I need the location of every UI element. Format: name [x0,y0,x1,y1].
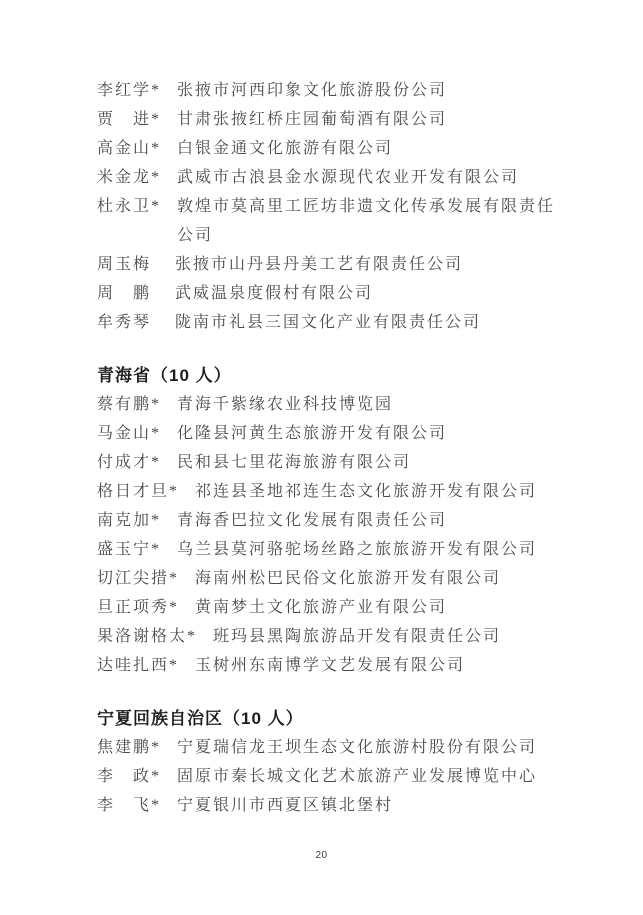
roster-row: 付成才* 民和县七里花海旅游有限公司 [97,448,557,477]
company-name: 武威温泉度假村有限公司 [175,279,557,308]
roster-row: 蔡有鹏* 青海千紫缘农业科技博览园 [97,390,557,419]
company-name: 敦煌市莫高里工匠坊非遗文化传承发展有限责任公司 [177,192,557,250]
person-name: 盛玉宁* [97,535,161,564]
roster-row: 周玉梅 张掖市山丹县丹美工艺有限责任公司 [97,250,557,279]
page-number: 20 [315,850,327,861]
roster-row: 杜永卫* 敦煌市莫高里工匠坊非遗文化传承发展有限责任公司 [97,192,557,250]
person-name: 果洛谢格太* [97,622,197,651]
roster-row: 南克加* 青海香巴拉文化发展有限责任公司 [97,506,557,535]
company-name: 化隆县河黄生态旅游开发有限公司 [177,419,557,448]
section-rows: 李红学* 张掖市河西印象文化旅游股份公司 贾 进* 甘肃张掖红桥庄园葡萄酒有限公… [97,76,557,337]
roster-row: 达哇扎西* 玉树州东南博学文艺发展有限公司 [97,651,557,680]
province-section: 李红学* 张掖市河西印象文化旅游股份公司 贾 进* 甘肃张掖红桥庄园葡萄酒有限公… [97,76,557,337]
roster-row: 马金山* 化隆县河黄生态旅游开发有限公司 [97,419,557,448]
document-page: 李红学* 张掖市河西印象文化旅游股份公司 贾 进* 甘肃张掖红桥庄园葡萄酒有限公… [0,0,643,915]
province-section: 宁夏回族自治区（10 人） 焦建鹏* 宁夏瑞信龙王坝生态文化旅游村股份有限公司 … [97,704,557,820]
person-name: 李 政* [97,762,161,791]
roster-list: 李红学* 张掖市河西印象文化旅游股份公司 贾 进* 甘肃张掖红桥庄园葡萄酒有限公… [97,76,557,820]
company-name: 宁夏银川市西夏区镇北堡村 [177,791,557,820]
page-footer: 20 [0,845,643,863]
company-name: 乌兰县莫河骆驼场丝路之旅旅游开发有限公司 [177,535,557,564]
roster-row: 切江尖措* 海南州松巴民俗文化旅游开发有限公司 [97,564,557,593]
section-rows: 焦建鹏* 宁夏瑞信龙王坝生态文化旅游村股份有限公司 李 政* 固原市秦长城文化艺… [97,733,557,820]
roster-row: 盛玉宁* 乌兰县莫河骆驼场丝路之旅旅游开发有限公司 [97,535,557,564]
roster-row: 旦正项秀* 黄南梦土文化旅游产业有限公司 [97,593,557,622]
person-name: 马金山* [97,419,161,448]
company-name: 张掖市河西印象文化旅游股份公司 [177,76,557,105]
roster-row: 高金山* 白银金通文化旅游有限公司 [97,134,557,163]
company-name: 青海千紫缘农业科技博览园 [177,390,557,419]
person-name: 周 鹏 [97,279,159,308]
person-name: 旦正项秀* [97,593,179,622]
person-name: 付成才* [97,448,161,477]
person-name: 米金龙* [97,163,161,192]
person-name: 李 飞* [97,791,161,820]
person-name: 牟秀琴 [97,308,159,337]
section-header: 宁夏回族自治区（10 人） [97,704,557,733]
company-name: 祁连县圣地祁连生态文化旅游开发有限公司 [195,477,557,506]
province-section: 青海省（10 人） 蔡有鹏* 青海千紫缘农业科技博览园 马金山* 化隆县河黄生态… [97,361,557,680]
roster-row: 李 飞* 宁夏银川市西夏区镇北堡村 [97,791,557,820]
company-name: 陇南市礼县三国文化产业有限责任公司 [175,308,557,337]
company-name: 黄南梦土文化旅游产业有限公司 [195,593,557,622]
section-rows: 蔡有鹏* 青海千紫缘农业科技博览园 马金山* 化隆县河黄生态旅游开发有限公司 付… [97,390,557,680]
roster-row: 牟秀琴 陇南市礼县三国文化产业有限责任公司 [97,308,557,337]
company-name: 民和县七里花海旅游有限公司 [177,448,557,477]
person-name: 南克加* [97,506,161,535]
company-name: 武威市古浪县金水源现代农业开发有限公司 [177,163,557,192]
roster-row: 贾 进* 甘肃张掖红桥庄园葡萄酒有限公司 [97,105,557,134]
company-name: 青海香巴拉文化发展有限责任公司 [177,506,557,535]
person-name: 周玉梅 [97,250,159,279]
person-name: 李红学* [97,76,161,105]
section-header: 青海省（10 人） [97,361,557,390]
person-name: 达哇扎西* [97,651,179,680]
roster-row: 果洛谢格太* 班玛县黑陶旅游品开发有限责任公司 [97,622,557,651]
person-name: 杜永卫* [97,192,161,221]
person-name: 蔡有鹏* [97,390,161,419]
person-name: 焦建鹏* [97,733,161,762]
roster-row: 李 政* 固原市秦长城文化艺术旅游产业发展博览中心 [97,762,557,791]
roster-row: 焦建鹏* 宁夏瑞信龙王坝生态文化旅游村股份有限公司 [97,733,557,762]
roster-row: 李红学* 张掖市河西印象文化旅游股份公司 [97,76,557,105]
company-name: 张掖市山丹县丹美工艺有限责任公司 [175,250,557,279]
roster-row: 米金龙* 武威市古浪县金水源现代农业开发有限公司 [97,163,557,192]
company-name: 班玛县黑陶旅游品开发有限责任公司 [213,622,557,651]
person-name: 格日才旦* [97,477,179,506]
roster-row: 周 鹏 武威温泉度假村有限公司 [97,279,557,308]
company-name: 固原市秦长城文化艺术旅游产业发展博览中心 [177,762,557,791]
company-name: 宁夏瑞信龙王坝生态文化旅游村股份有限公司 [177,733,557,762]
company-name: 玉树州东南博学文艺发展有限公司 [195,651,557,680]
person-name: 高金山* [97,134,161,163]
person-name: 贾 进* [97,105,161,134]
person-name: 切江尖措* [97,564,179,593]
roster-row: 格日才旦* 祁连县圣地祁连生态文化旅游开发有限公司 [97,477,557,506]
company-name: 海南州松巴民俗文化旅游开发有限公司 [195,564,557,593]
company-name: 甘肃张掖红桥庄园葡萄酒有限公司 [177,105,557,134]
company-name: 白银金通文化旅游有限公司 [177,134,557,163]
